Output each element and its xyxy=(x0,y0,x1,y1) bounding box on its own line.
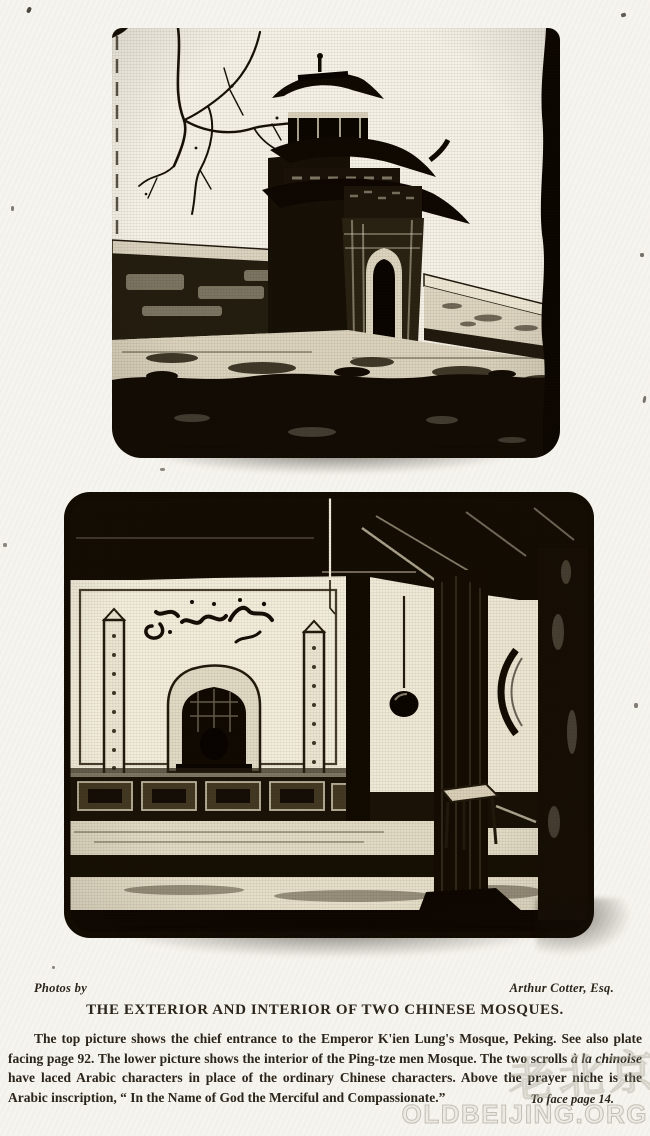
scanned-book-plate-page: { "plate": { "credit_left": "Photos by",… xyxy=(0,0,650,1136)
foreground-ground xyxy=(112,367,560,458)
site-watermark: OLDBEIJING.ORG xyxy=(402,1099,648,1130)
credit-left: Photos by xyxy=(34,981,87,996)
ink-speck xyxy=(640,253,644,257)
scroll-left xyxy=(104,609,124,782)
ink-speck xyxy=(634,703,638,708)
exterior-illustration xyxy=(112,28,560,458)
ink-speck xyxy=(52,966,55,969)
photo-mosque-interior xyxy=(64,492,594,938)
gate-arch-opening xyxy=(373,259,395,342)
photo-mosque-exterior xyxy=(112,28,560,458)
ink-speck xyxy=(3,543,7,547)
ink-speck xyxy=(26,6,32,13)
ink-speck xyxy=(621,12,627,17)
lamp-bay xyxy=(370,590,434,821)
credit-right: Arthur Cotter, Esq. xyxy=(510,981,614,996)
ink-speck xyxy=(642,396,646,403)
interior-illustration xyxy=(64,492,594,938)
photo-credit-row: Photos by Arthur Cotter, Esq. xyxy=(34,981,614,996)
right-post xyxy=(538,548,594,920)
entrance-gate xyxy=(342,186,424,342)
ink-speck xyxy=(160,468,165,471)
plate-title: THE EXTERIOR AND INTERIOR OF TWO CHINESE… xyxy=(0,1002,650,1019)
pillar-left xyxy=(346,576,370,821)
prayer-niche xyxy=(168,666,260,773)
ink-speck xyxy=(11,206,14,211)
